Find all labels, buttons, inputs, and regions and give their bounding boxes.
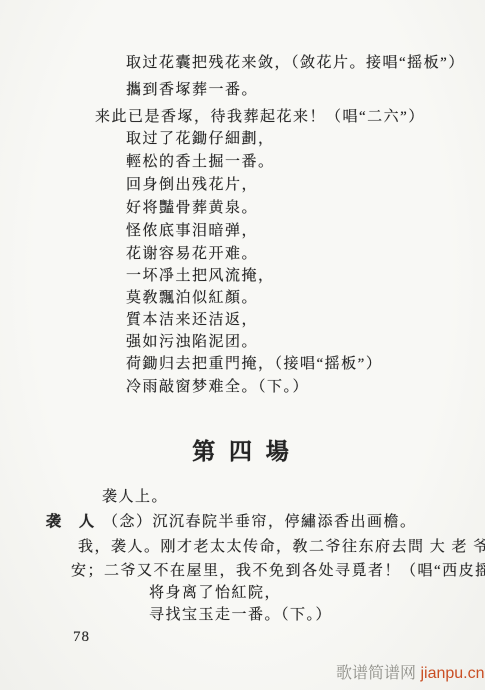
verse-line: 花谢容易花开难。 [126,246,258,263]
spoken-cue-line: 来此已是香塚，待我葬起花来！（唱“二六”） [95,109,425,126]
speaker-first-line: （念）沉沉春院半垂帘，停繡添香出画檐。 [103,514,417,531]
verse-line: 好将豔骨葬黄泉。 [126,200,258,217]
page-number: 78 [73,629,90,646]
verse-line: 强如污浊陷泥团。 [126,334,258,351]
dialogue-line: 我，袭人。刚才老太太传命，敎二爷往东府去問 大 老 爷 的 [78,539,485,556]
verse-line: 荷鋤归去把重門掩，（接唱“摇板”） [126,356,382,373]
dialogue-line: 安；二爷又不在屋里，我不免到各处寻覓者！（唱“西皮摇板”） [71,563,485,580]
stage-direction: 袭人上。 [102,489,168,506]
verse-line: 寻找宝玉走一番。（下。） [149,607,332,624]
speaker-name: 袭 人 [46,514,96,531]
verse-line: 攜到香塚葬一番。 [126,82,258,99]
verse-line: 一坏凈土把风流掩， [126,268,275,285]
verse-line: 怪侬底事泪暗弹， [126,223,258,240]
verse-line: 質本洁来还洁返， [126,312,258,329]
site-watermark: 歌谱简谱网 jianpu.cn [336,660,485,683]
verse-line: 回身倒出残花片， [126,177,258,194]
verse-line: 取过了花鋤仔細劃， [126,131,275,148]
watermark-site-name: 歌谱简谱网 [336,665,416,682]
scanned-opera-script-page: 取过花囊把残花来敛，（敛花片。接唱“摇板”） 攜到香塚葬一番。 来此已是香塚，待… [0,0,485,690]
verse-line: 将身离了怡紅院， [149,585,281,602]
scene-heading: 第 四 場 [0,433,485,466]
watermark-site-url: jianpu.cn [420,665,484,682]
verse-line: 輕松的香土掘一番。 [126,154,275,171]
verse-line: 莫敎飄泊似紅顏。 [126,290,258,307]
verse-line: 取过花囊把残花来敛，（敛花片。接唱“摇板”） [126,55,465,72]
verse-line: 冷雨敲窗梦难全。（下。） [126,379,309,396]
